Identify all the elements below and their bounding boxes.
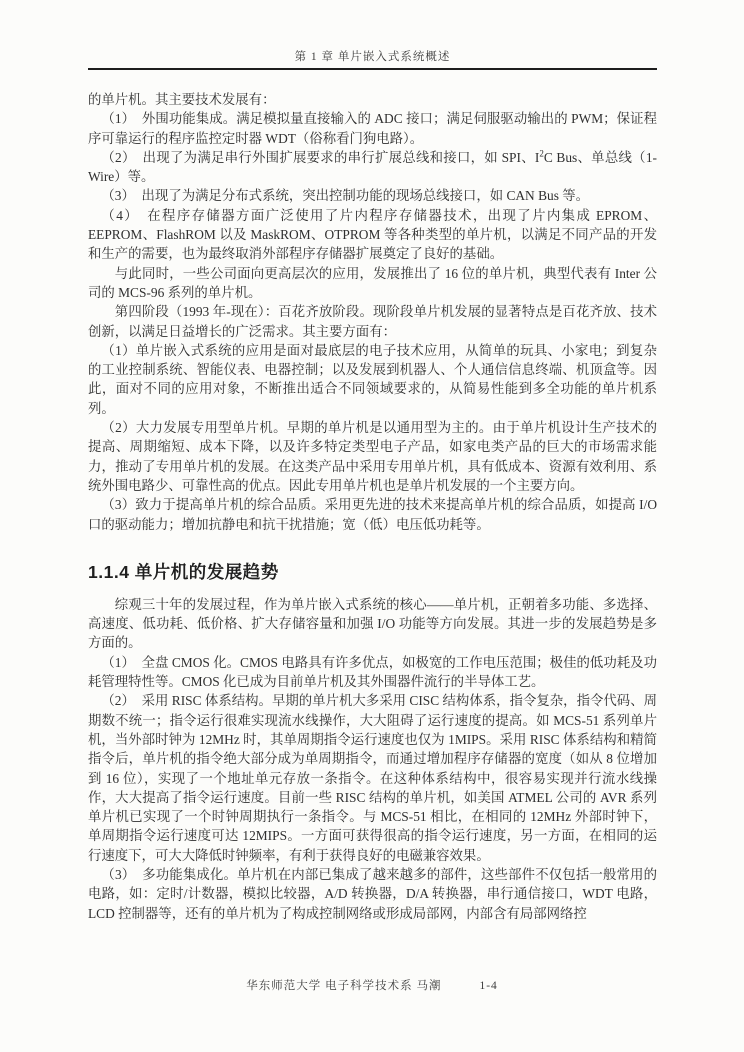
- document-page: 第 1 章 单片嵌入式系统概述 的单片机。其主要技术发展有： （1） 外围功能集…: [0, 0, 744, 1052]
- paragraph: （2） 出现了为满足串行外围扩展要求的串行扩展总线和接口，如 SPI、I2C B…: [88, 148, 657, 187]
- paragraph: 综观三十年的发展过程，作为单片嵌入式系统的核心——单片机，正朝着多功能、多选择、…: [88, 595, 657, 653]
- page-header: 第 1 章 单片嵌入式系统概述: [88, 47, 657, 70]
- section-heading: 1.1.4 单片机的发展趋势: [88, 560, 657, 584]
- paragraph: （2） 采用 RISC 体系结构。早期的单片机大多采用 CISC 结构体系，指令…: [88, 691, 657, 865]
- footer-page-number: 1-4: [479, 980, 497, 992]
- paragraph: （3）致力于提高单片机的综合品质。采用更先进的技术来提高单片机的综合品质，如提高…: [88, 495, 657, 534]
- paragraph: （3） 多功能集成化。单片机在内部已集成了越来越多的部件，这些部件不仅包括一般常…: [88, 865, 657, 923]
- paragraph: （1） 外围功能集成。满足模拟量直接输入的 ADC 接口；满足伺服驱动输出的 P…: [88, 109, 657, 148]
- page-footer: 华东师范大学 电子科学技术系 马潮 1-4: [0, 977, 744, 993]
- paragraph: （1） 全盘 CMOS 化。CMOS 电路具有许多优点，如极宽的工作电压范围；极…: [88, 653, 657, 692]
- paragraph: 第四阶段（1993 年-现在）：百花齐放阶段。现阶段单片机发展的显著特点是百花齐…: [88, 302, 657, 341]
- paragraph: （3） 出现了为满足分布式系统，突出控制功能的现场总线接口，如 CAN Bus …: [88, 186, 657, 205]
- header-chapter-title: 第 1 章 单片嵌入式系统概述: [295, 48, 451, 68]
- footer-institution: 华东师范大学 电子科学技术系 马潮: [246, 977, 441, 993]
- paragraph-text: （2） 出现了为满足串行外围扩展要求的串行扩展总线和接口，如 SPI、I: [101, 150, 539, 165]
- paragraph: 的单片机。其主要技术发展有：: [88, 90, 657, 109]
- paragraph: 与此同时，一些公司面向更高层次的应用，发展推出了 16 位的单片机，典型代表有 …: [88, 264, 657, 303]
- paragraph: （4） 在程序存储器方面广泛使用了片内程序存储器技术，出现了片内集成 EPROM…: [88, 206, 657, 264]
- paragraph: （1）单片嵌入式系统的应用是面对最底层的电子技术应用，从简单的玩具、小家电；到复…: [88, 341, 657, 418]
- header-rule: [88, 68, 657, 70]
- paragraph: （2）大力发展专用型单片机。早期的单片机是以通用型为主的。由于单片机设计生产技术…: [88, 418, 657, 495]
- document-body: 的单片机。其主要技术发展有： （1） 外围功能集成。满足模拟量直接输入的 ADC…: [88, 90, 657, 923]
